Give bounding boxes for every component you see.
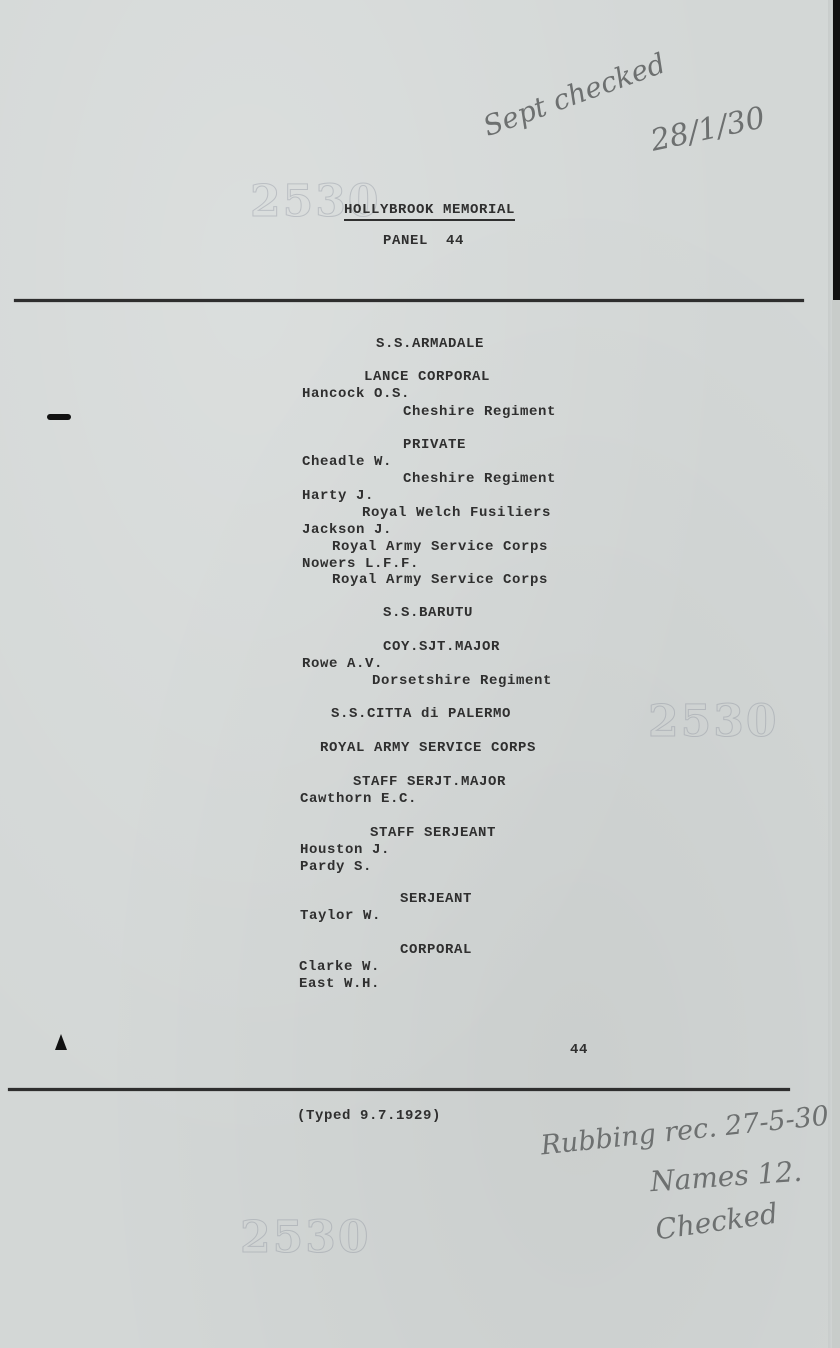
stamp-mark: 2530 — [648, 696, 778, 747]
document-page: 2530 2530 2530 Sept checked 28/1/30 HOLL… — [0, 0, 828, 1348]
rank-heading: CORPORAL — [400, 942, 472, 958]
rank-heading: STAFF SERJEANT — [370, 825, 496, 841]
casualty-name: Rowe A.V. — [302, 656, 383, 672]
casualty-name: Taylor W. — [300, 908, 381, 924]
header-divider — [14, 299, 804, 302]
casualty-name: Cawthorn E.C. — [300, 791, 417, 807]
rank-heading: COY.SJT.MAJOR — [383, 639, 500, 655]
casualty-unit: Royal Army Service Corps — [332, 572, 548, 588]
rank-heading: PRIVATE — [403, 437, 466, 453]
casualty-unit: Cheshire Regiment — [403, 404, 556, 420]
memorial-title: HOLLYBROOK MEMORIAL — [344, 202, 515, 221]
handwritten-check-date: 28/1/30 — [648, 100, 768, 158]
rank-heading: STAFF SERJT.MAJOR — [353, 774, 506, 790]
rank-heading: LANCE CORPORAL — [364, 369, 490, 385]
footer-divider — [8, 1088, 790, 1091]
casualty-name: Jackson J. — [302, 522, 392, 538]
typed-date-note: (Typed 9.7.1929) — [297, 1108, 441, 1124]
handwritten-checked-signature: Checked — [653, 1197, 780, 1247]
casualty-name: Nowers L.F.F. — [302, 556, 419, 572]
casualty-unit: Royal Welch Fusiliers — [362, 505, 551, 521]
handwritten-rubbing-note: Rubbing rec. 27-5-30. — [539, 1100, 839, 1162]
handwritten-names-count: Names 12. — [649, 1155, 803, 1199]
unit-heading: ROYAL ARMY SERVICE CORPS — [320, 740, 536, 756]
ship-heading: S.S.BARUTU — [383, 605, 473, 621]
casualty-name: Cheadle W. — [302, 454, 392, 470]
ink-blot — [47, 414, 71, 420]
casualty-name: Pardy S. — [300, 859, 372, 875]
casualty-name: Hancock O.S. — [302, 386, 410, 402]
handwritten-check-note: Sept checked — [479, 47, 670, 143]
ink-blot — [55, 1034, 67, 1050]
casualty-name: East W.H. — [299, 976, 380, 992]
ship-heading: S.S.ARMADALE — [376, 336, 484, 352]
panel-label: PANEL 44 — [383, 233, 464, 249]
scan-edge-dark — [833, 0, 840, 300]
ship-heading: S.S.CITTA di PALERMO — [331, 706, 511, 722]
casualty-unit: Dorsetshire Regiment — [372, 673, 552, 689]
page-number: 44 — [570, 1042, 588, 1058]
scan-edge — [828, 0, 840, 1348]
casualty-name: Houston J. — [300, 842, 390, 858]
rank-heading: SERJEANT — [400, 891, 472, 907]
casualty-unit: Royal Army Service Corps — [332, 539, 548, 555]
casualty-name: Harty J. — [302, 488, 374, 504]
casualty-unit: Cheshire Regiment — [403, 471, 556, 487]
casualty-name: Clarke W. — [299, 959, 380, 975]
stamp-mark: 2530 — [240, 1212, 370, 1263]
